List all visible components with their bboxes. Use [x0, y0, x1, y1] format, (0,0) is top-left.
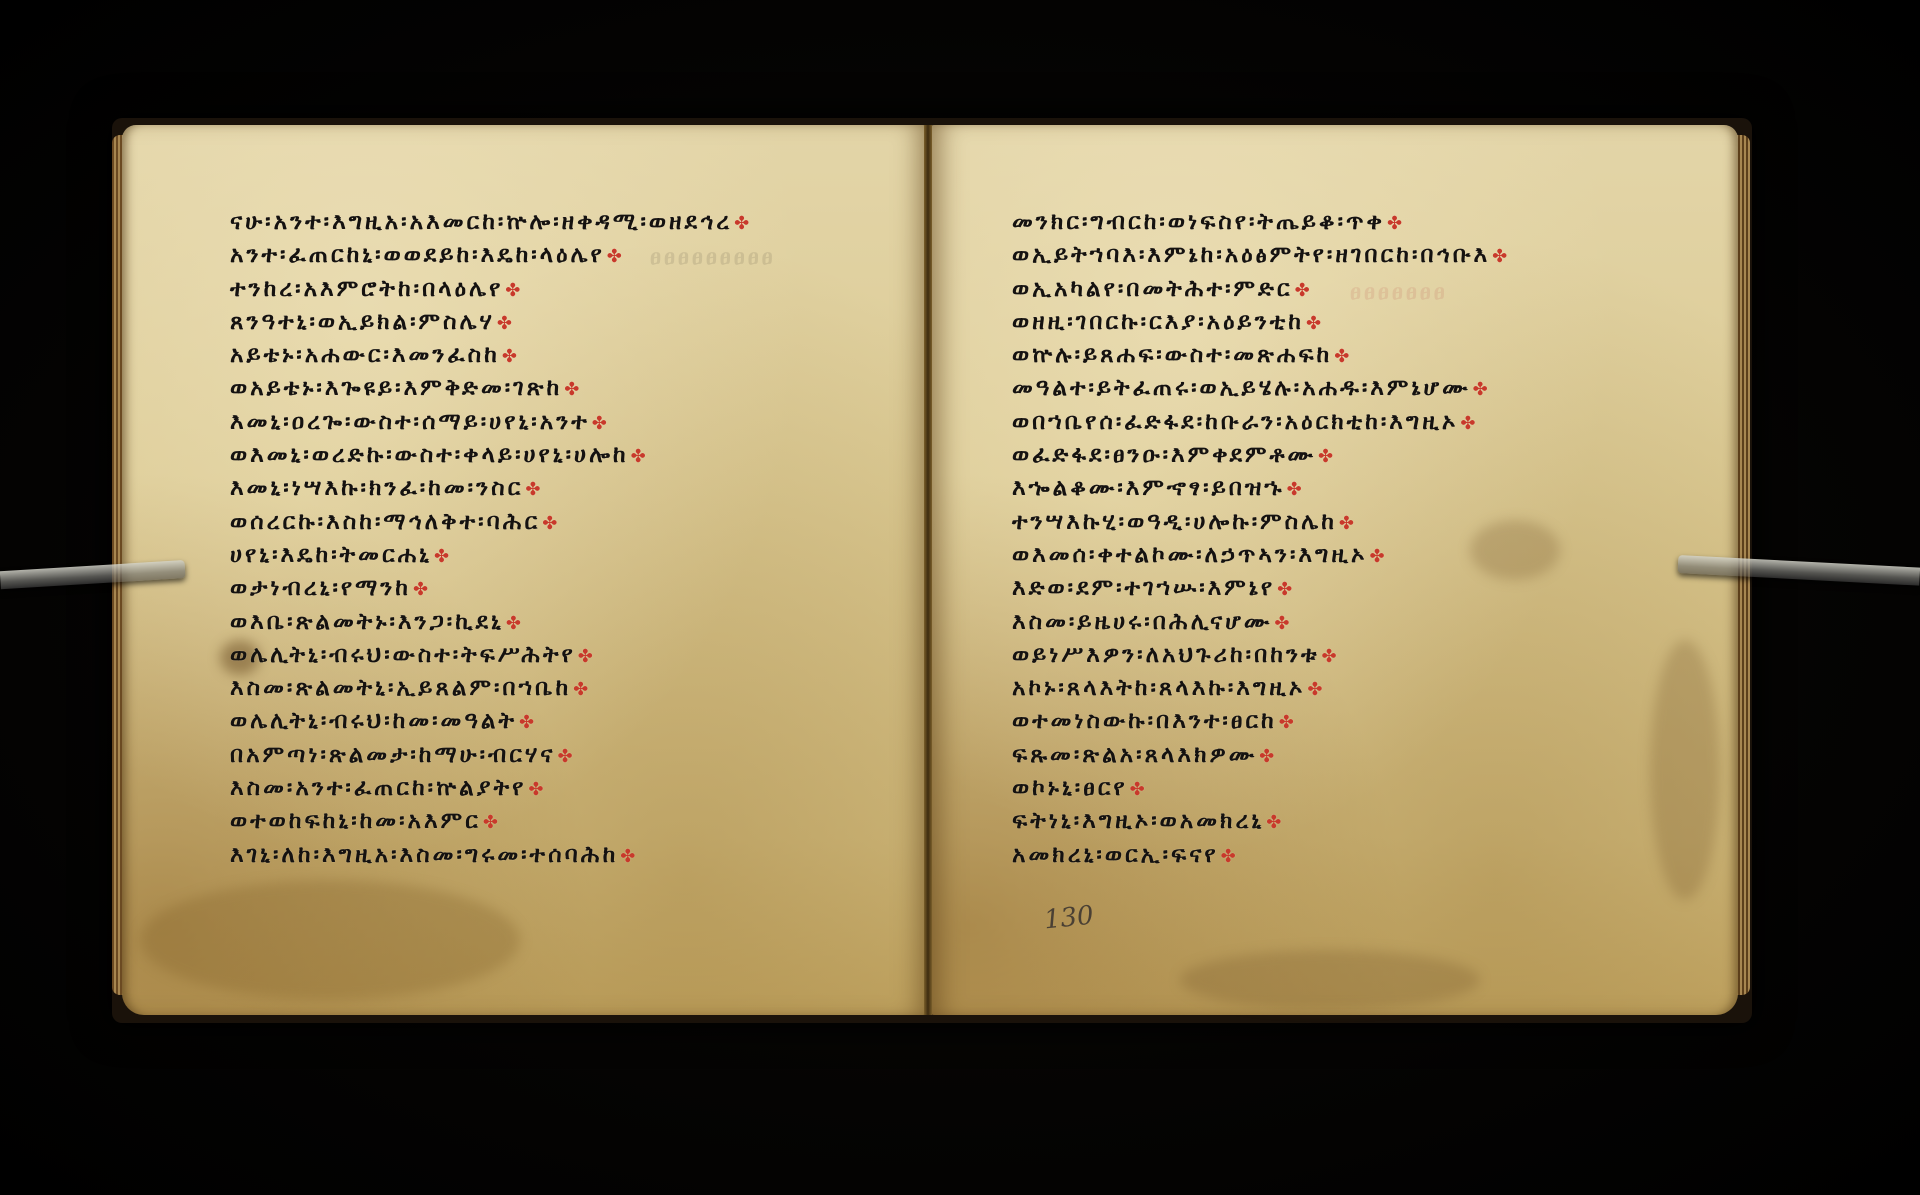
text-line: ወይነሥእዎን፡ለአህጉሪከ፡በከንቱ✤ — [1012, 639, 1510, 672]
text-line: መንክር፡ግብርከ፡ወነፍስየ፡ትጤይቆ፡ጥቀ✤ — [1012, 206, 1510, 239]
rubric-cross-icon: ✤ — [502, 346, 520, 367]
left-page-text: ናሁ፡አንተ፡እግዚአ፡አእመርከ፡ኵሎ፡ዘቀዳሚ፡ወዘደኅረ✤ አንተ፡ፈጠር… — [230, 206, 752, 872]
rubric-cross-icon: ✤ — [1287, 479, 1305, 500]
text-line: ሀየኒ፡እዴከ፡ትመርሐኒ✤ — [230, 539, 752, 572]
text-line: ወዘዚ፡ገበርኩ፡ርእያ፡አዕይንቲከ✤ — [1012, 306, 1510, 339]
rubric-cross-icon: ✤ — [1370, 546, 1388, 567]
text-line: መዓልተ፡ይትፈጠሩ፡ወኢይሄሉ፡አሐዱ፡እምኔሆሙ✤ — [1012, 372, 1510, 405]
rubric-cross-icon: ✤ — [413, 579, 431, 600]
book-gutter — [924, 125, 932, 1015]
text-line: ወተወከፍከኒ፡ከመ፡አእምር✤ — [230, 805, 752, 838]
rubric-cross-icon: ✤ — [505, 280, 523, 301]
text-line: እስመ፡ይዜሀሩ፡በሕሊናሆሙ✤ — [1012, 606, 1510, 639]
rubric-cross-icon: ✤ — [542, 513, 560, 534]
text-line: ፍትነኒ፡እግዚኦ፡ወአመክረኒ✤ — [1012, 805, 1510, 838]
rubric-cross-icon: ✤ — [434, 546, 452, 567]
text-line: ወኢይትኀባእ፡እምኔከ፡አዕፅምትየ፡ዘገበርከ፡በኅቡእ✤ — [1012, 239, 1510, 272]
rubric-cross-icon: ✤ — [1295, 280, 1313, 301]
rubric-cross-icon: ✤ — [1460, 413, 1478, 434]
text-line: ተንከረ፡አእምሮትከ፡በላዕሌየ✤ — [230, 273, 752, 306]
text-line: በአምጣነ፡ጽልመታ፡ከማሁ፡ብርሃና✤ — [230, 739, 752, 772]
rubric-cross-icon: ✤ — [525, 479, 543, 500]
text-line: ወእመኒ፡ወረድኩ፡ውስተ፡ቀላይ፡ሀየኒ፡ሀሎከ✤ — [230, 439, 752, 472]
text-line: አኮኑ፡ጸላእትከ፡ጸላእኩ፡እግዚኦ✤ — [1012, 672, 1510, 705]
rubric-cross-icon: ✤ — [1277, 579, 1295, 600]
rubric-cross-icon: ✤ — [734, 213, 752, 234]
water-stain — [1650, 640, 1720, 900]
text-line: አመክረኒ፡ወርኢ፡ፍናየ✤ — [1012, 839, 1510, 872]
right-page-text: መንክር፡ግብርከ፡ወነፍስየ፡ትጤይቆ፡ጥቀ✤ ወኢይትኀባእ፡እምኔከ፡አዕ… — [1012, 206, 1510, 872]
text-line: ወኮኑኒ፡ፀርየ✤ — [1012, 772, 1510, 805]
text-line: ወኢአካልየ፡በመትሕተ፡ምድር✤ — [1012, 273, 1510, 306]
text-line: እመኒ፡ዐረጐ፡ውስተ፡ሰማይ፡ሀየኒ፡አንተ✤ — [230, 406, 752, 439]
text-line: ጸንዓተኒ፡ወኢይክል፡ምስሌሃ✤ — [230, 306, 752, 339]
text-line: ፍጹመ፡ጽልአ፡ጸላእክዎሙ✤ — [1012, 739, 1510, 772]
text-line: እድወ፡ደም፡ተገኀሡ፡እምኔየ✤ — [1012, 572, 1510, 605]
rubric-cross-icon: ✤ — [1130, 779, 1148, 800]
text-line: አይቴኑ፡አሐውር፡እመንፈስከ✤ — [230, 339, 752, 372]
text-line: ወሌሊትኒ፡ብሩህ፡ከመ፡መዓልት✤ — [230, 705, 752, 738]
rubric-cross-icon: ✤ — [483, 812, 501, 833]
text-line: እኈልቆሙ፡እምኆፃ፡ይበዝኁ✤ — [1012, 472, 1510, 505]
rubric-cross-icon: ✤ — [1334, 346, 1352, 367]
rubric-cross-icon: ✤ — [1266, 812, 1284, 833]
text-line: አንተ፡ፈጠርከኒ፡ወወደይከ፡እዴከ፡ላዕሌየ✤ — [230, 239, 752, 272]
rubric-cross-icon: ✤ — [631, 446, 649, 467]
text-line: እመኒ፡ነሣእኩ፡ክንፈ፡ከመ፡ንስር✤ — [230, 472, 752, 505]
text-line: ወሌሊትኒ፡ብሩህ፡ውስተ፡ትፍሥሕትየ✤ — [230, 639, 752, 672]
rubric-cross-icon: ✤ — [519, 712, 537, 733]
text-line: ወአይቴኑ፡እጐዩይ፡እምቅድመ፡ገጽከ✤ — [230, 372, 752, 405]
text-line: ወተመነስውኩ፡በእንተ፡ፀርከ✤ — [1012, 705, 1510, 738]
rubric-cross-icon: ✤ — [578, 646, 596, 667]
text-line: ወበኀቤየሰ፡ፈድፋደ፡ከቡራን፡አዕርክቲከ፡እግዚኦ✤ — [1012, 406, 1510, 439]
text-line: ወታነብረኒ፡የማንከ✤ — [230, 572, 752, 605]
rubric-cross-icon: ✤ — [528, 779, 546, 800]
rubric-cross-icon: ✤ — [592, 413, 610, 434]
rubric-cross-icon: ✤ — [1473, 379, 1491, 400]
text-line: ናሁ፡አንተ፡እግዚአ፡አእመርከ፡ኵሎ፡ዘቀዳሚ፡ወዘደኅረ✤ — [230, 206, 752, 239]
rubric-cross-icon: ✤ — [497, 313, 515, 334]
rubric-cross-icon: ✤ — [564, 379, 582, 400]
water-stain — [140, 880, 520, 1000]
rubric-cross-icon: ✤ — [1279, 712, 1297, 733]
rubric-cross-icon: ✤ — [1339, 513, 1357, 534]
rubric-cross-icon: ✤ — [1322, 646, 1340, 667]
rubric-cross-icon: ✤ — [1387, 213, 1405, 234]
rubric-cross-icon: ✤ — [620, 846, 638, 867]
rubric-cross-icon: ✤ — [1221, 846, 1239, 867]
text-line: ወፈድፋደ፡ፀንዑ፡እምቀደምቶሙ✤ — [1012, 439, 1510, 472]
rubric-cross-icon: ✤ — [1318, 446, 1336, 467]
rubric-cross-icon: ✤ — [1274, 613, 1292, 634]
text-line: ወኵሉ፡ይጸሐፍ፡ውስተ፡መጽሐፍከ✤ — [1012, 339, 1510, 372]
rubric-cross-icon: ✤ — [1259, 746, 1277, 767]
text-line: ወሰረርኩ፡እስከ፡ማኅለቅተ፡ባሕር✤ — [230, 506, 752, 539]
rubric-cross-icon: ✤ — [558, 746, 576, 767]
text-line: ወእቤ፡ጽልመትኑ፡እንጋ፡ኪደኒ✤ — [230, 606, 752, 639]
text-line: እስመ፡አንተ፡ፈጠርከ፡ኵልያትየ✤ — [230, 772, 752, 805]
water-stain — [1180, 950, 1480, 1010]
text-line: ወእመሰ፡ቀተልኮሙ፡ለኃጥኣን፡እግዚኦ✤ — [1012, 539, 1510, 572]
text-line: ተንሣእኩሂ፡ወዓዲ፡ሀሎኩ፡ምስሌከ✤ — [1012, 506, 1510, 539]
rubric-cross-icon: ✤ — [506, 613, 524, 634]
rubric-cross-icon: ✤ — [607, 246, 625, 267]
rubric-cross-icon: ✤ — [1306, 313, 1324, 334]
rubric-cross-icon: ✤ — [573, 679, 591, 700]
rubric-cross-icon: ✤ — [1492, 246, 1510, 267]
text-line: እገኒ፡ለከ፡እግዚአ፡እስመ፡ግሩመ፡ተሰባሕከ✤ — [230, 839, 752, 872]
text-line: እስመ፡ጽልመትኒ፡ኢይጸልም፡በኀቤከ✤ — [230, 672, 752, 705]
rubric-cross-icon: ✤ — [1307, 679, 1325, 700]
folio-number: 130 — [1043, 900, 1096, 935]
